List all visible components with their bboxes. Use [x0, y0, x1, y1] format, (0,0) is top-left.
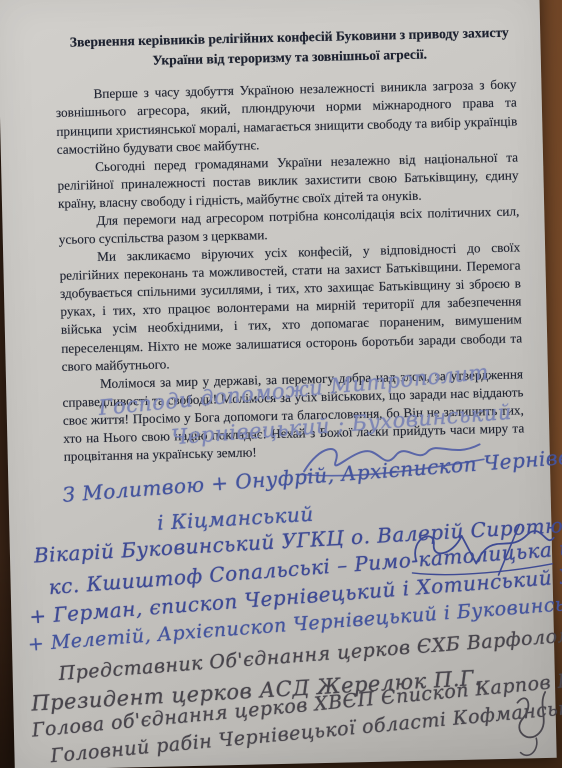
- document-title: Звернення керівників релігійних конфесій…: [54, 22, 525, 72]
- signature-scribble: [505, 686, 559, 765]
- photo-background: Звернення керівників релігійних конфесій…: [0, 0, 562, 768]
- paragraph: Вперше з часу здобуття Україною незалежн…: [55, 76, 518, 159]
- document-page: Звернення керівників релігійних конфесій…: [0, 0, 557, 768]
- paragraph: Ми закликаємо віруючих усіх конфесій, у …: [59, 239, 523, 376]
